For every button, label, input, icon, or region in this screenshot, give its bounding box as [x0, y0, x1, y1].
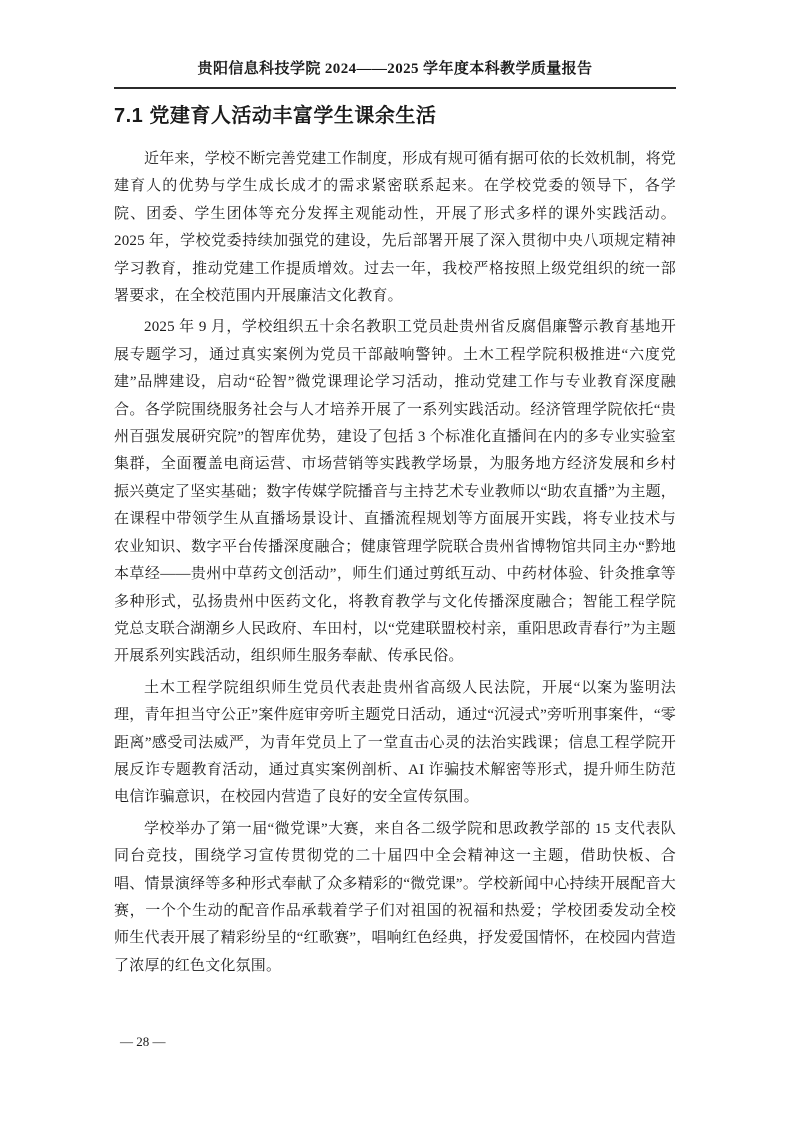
report-header-title: 贵阳信息科技学院 2024——2025 学年度本科教学质量报告: [114, 59, 676, 87]
running-header: 贵阳信息科技学院 2024——2025 学年度本科教学质量报告: [114, 0, 676, 89]
body-paragraph: 近年来，学校不断完善党建工作制度，形成有规可循有据可依的长效机制，将党建育人的优…: [114, 146, 676, 310]
body-paragraph: 2025 年 9 月，学校组织五十余名教职工党员赴贵州省反腐倡廉警示教育基地开展…: [114, 314, 676, 670]
body-paragraph: 学校举办了第一届“微党课”大赛，来自各二级学院和思政教学部的 15 支代表队同台…: [114, 816, 676, 980]
page-number: — 28 —: [120, 1033, 166, 1051]
document-page: 贵阳信息科技学院 2024——2025 学年度本科教学质量报告 7.1 党建育人…: [114, 0, 676, 1122]
header-rule: [114, 87, 676, 89]
body-paragraph: 土木工程学院组织师生党员代表赴贵州省高级人民法院，开展“以案为鉴明法理，青年担当…: [114, 675, 676, 812]
section-heading: 7.1 党建育人活动丰富学生课余生活: [114, 102, 676, 130]
body-text: 近年来，学校不断完善党建工作制度，形成有规可循有据可依的长效机制，将党建育人的优…: [114, 146, 676, 980]
